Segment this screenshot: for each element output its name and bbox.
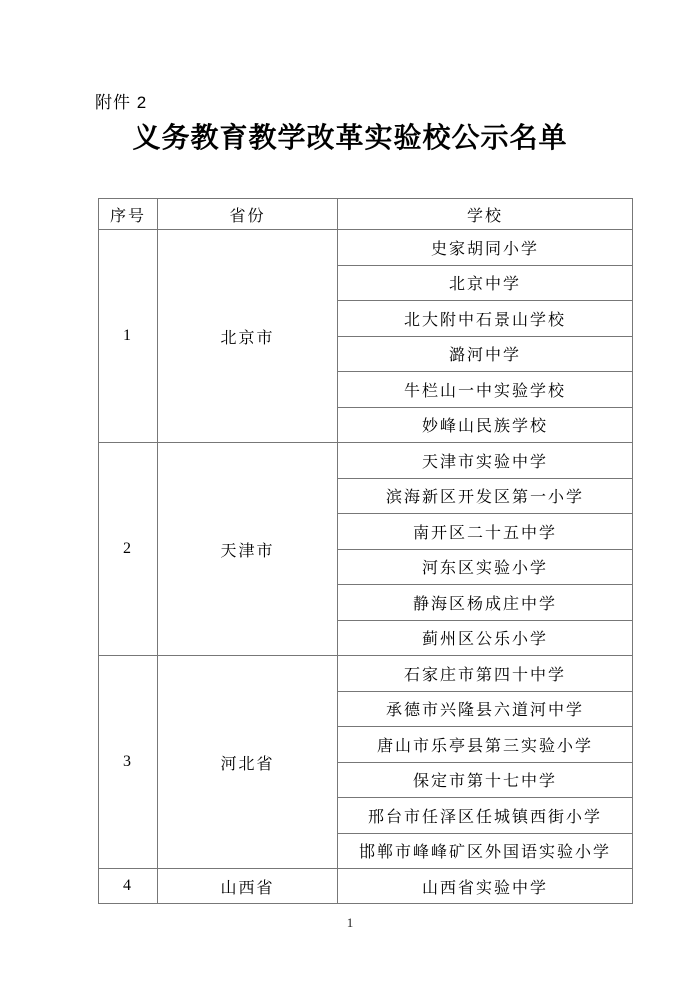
table-row: 2 天津市 天津市实验中学 xyxy=(99,443,633,479)
col-header-school: 学校 xyxy=(338,199,633,230)
school-cell: 山西省实验中学 xyxy=(338,869,633,904)
table-row: 4 山西省 山西省实验中学 xyxy=(99,869,633,904)
school-cell: 北京中学 xyxy=(338,265,633,301)
province-cell: 山西省 xyxy=(158,869,338,904)
page-number: 1 xyxy=(0,915,700,931)
province-cell: 北京市 xyxy=(158,230,338,443)
school-cell: 石家庄市第四十中学 xyxy=(338,656,633,692)
school-cell: 承德市兴隆县六道河中学 xyxy=(338,691,633,727)
school-cell: 静海区杨成庄中学 xyxy=(338,585,633,621)
school-cell: 蓟州区公乐小学 xyxy=(338,620,633,656)
col-header-index: 序号 xyxy=(99,199,158,230)
schools-table: 序号 省份 学校 1 北京市 史家胡同小学 北京中学 北大附中石景山学校 潞河中… xyxy=(98,198,633,904)
school-cell: 南开区二十五中学 xyxy=(338,514,633,550)
table-header-row: 序号 省份 学校 xyxy=(99,199,633,230)
table-row: 1 北京市 史家胡同小学 xyxy=(99,230,633,266)
school-cell: 滨海新区开发区第一小学 xyxy=(338,478,633,514)
school-cell: 史家胡同小学 xyxy=(338,230,633,266)
province-cell: 天津市 xyxy=(158,443,338,656)
school-cell: 保定市第十七中学 xyxy=(338,762,633,798)
school-cell: 潞河中学 xyxy=(338,336,633,372)
school-cell: 邯郸市峰峰矿区外国语实验小学 xyxy=(338,833,633,869)
school-cell: 妙峰山民族学校 xyxy=(338,407,633,443)
school-cell: 唐山市乐亭县第三实验小学 xyxy=(338,727,633,763)
row-index-cell: 4 xyxy=(99,869,158,904)
row-index-cell: 3 xyxy=(99,656,158,869)
table-row: 3 河北省 石家庄市第四十中学 xyxy=(99,656,633,692)
school-cell: 邢台市任泽区任城镇西街小学 xyxy=(338,798,633,834)
col-header-province: 省份 xyxy=(158,199,338,230)
document-page: 附件 2 义务教育教学改革实验校公示名单 序号 省份 学校 1 北京市 史家胡同… xyxy=(0,0,700,990)
school-cell: 牛栏山一中实验学校 xyxy=(338,372,633,408)
page-title: 义务教育教学改革实验校公示名单 xyxy=(0,116,700,156)
school-cell: 河东区实验小学 xyxy=(338,549,633,585)
row-index-cell: 2 xyxy=(99,443,158,656)
row-index-cell: 1 xyxy=(99,230,158,443)
attachment-label: 附件 2 xyxy=(95,88,147,113)
province-cell: 河北省 xyxy=(158,656,338,869)
school-cell: 天津市实验中学 xyxy=(338,443,633,479)
school-cell: 北大附中石景山学校 xyxy=(338,301,633,337)
